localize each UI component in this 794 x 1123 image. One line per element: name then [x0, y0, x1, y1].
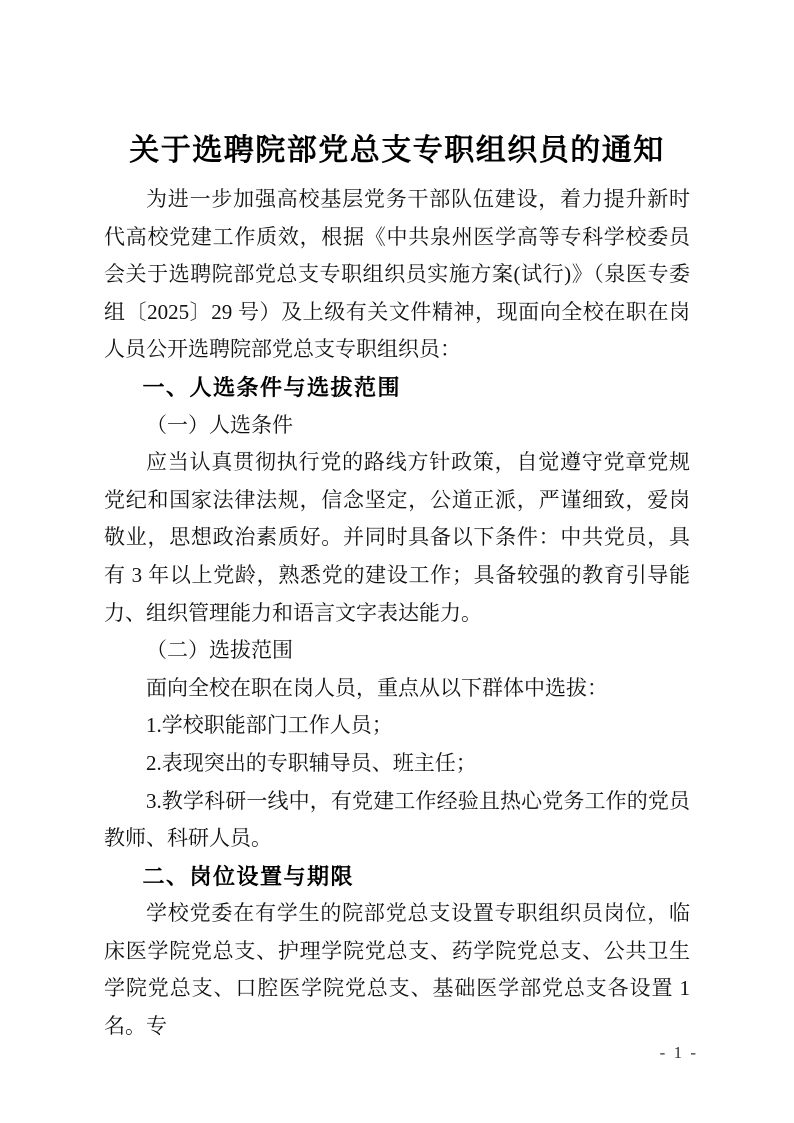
subheading-1-2-selection-scope: （二）选拔范围 — [104, 632, 690, 670]
document-page: 关于选聘院部党总支专职组织员的通知 为进一步加强高校基层党务干部队伍建设，着力提… — [0, 0, 794, 1123]
paragraph-intro: 为进一步加强高校基层党务干部队伍建设，着力提升新时代高校党建工作质效，根据《中共… — [104, 181, 690, 369]
section-heading-2: 二、岗位设置与期限 — [104, 858, 690, 896]
list-item-1: 1.学校职能部门工作人员； — [104, 707, 690, 745]
page-number: - 1 - — [660, 1041, 698, 1065]
paragraph-positions: 学校党委在有学生的院部党总支设置专职组织员岗位，临床医学院党总支、护理学院党总支… — [104, 895, 690, 1045]
paragraph-scope-lead: 面向全校在职在岗人员，重点从以下群体中选拔： — [104, 670, 690, 708]
section-heading-1: 一、人选条件与选拔范围 — [104, 369, 690, 407]
list-item-2: 2.表现突出的专职辅导员、班主任； — [104, 745, 690, 783]
paragraph-conditions: 应当认真贯彻执行党的路线方针政策，自觉遵守党章党规党纪和国家法律法规，信念坚定，… — [104, 444, 690, 632]
document-content: 关于选聘院部党总支专职组织员的通知 为进一步加强高校基层党务干部队伍建设，着力提… — [104, 131, 690, 1046]
list-item-3: 3.教学科研一线中，有党建工作经验且热心党务工作的党员教师、科研人员。 — [104, 783, 690, 858]
document-title: 关于选聘院部党总支专职组织员的通知 — [104, 131, 690, 171]
subheading-1-1-selection-conditions: （一）人选条件 — [104, 407, 690, 445]
